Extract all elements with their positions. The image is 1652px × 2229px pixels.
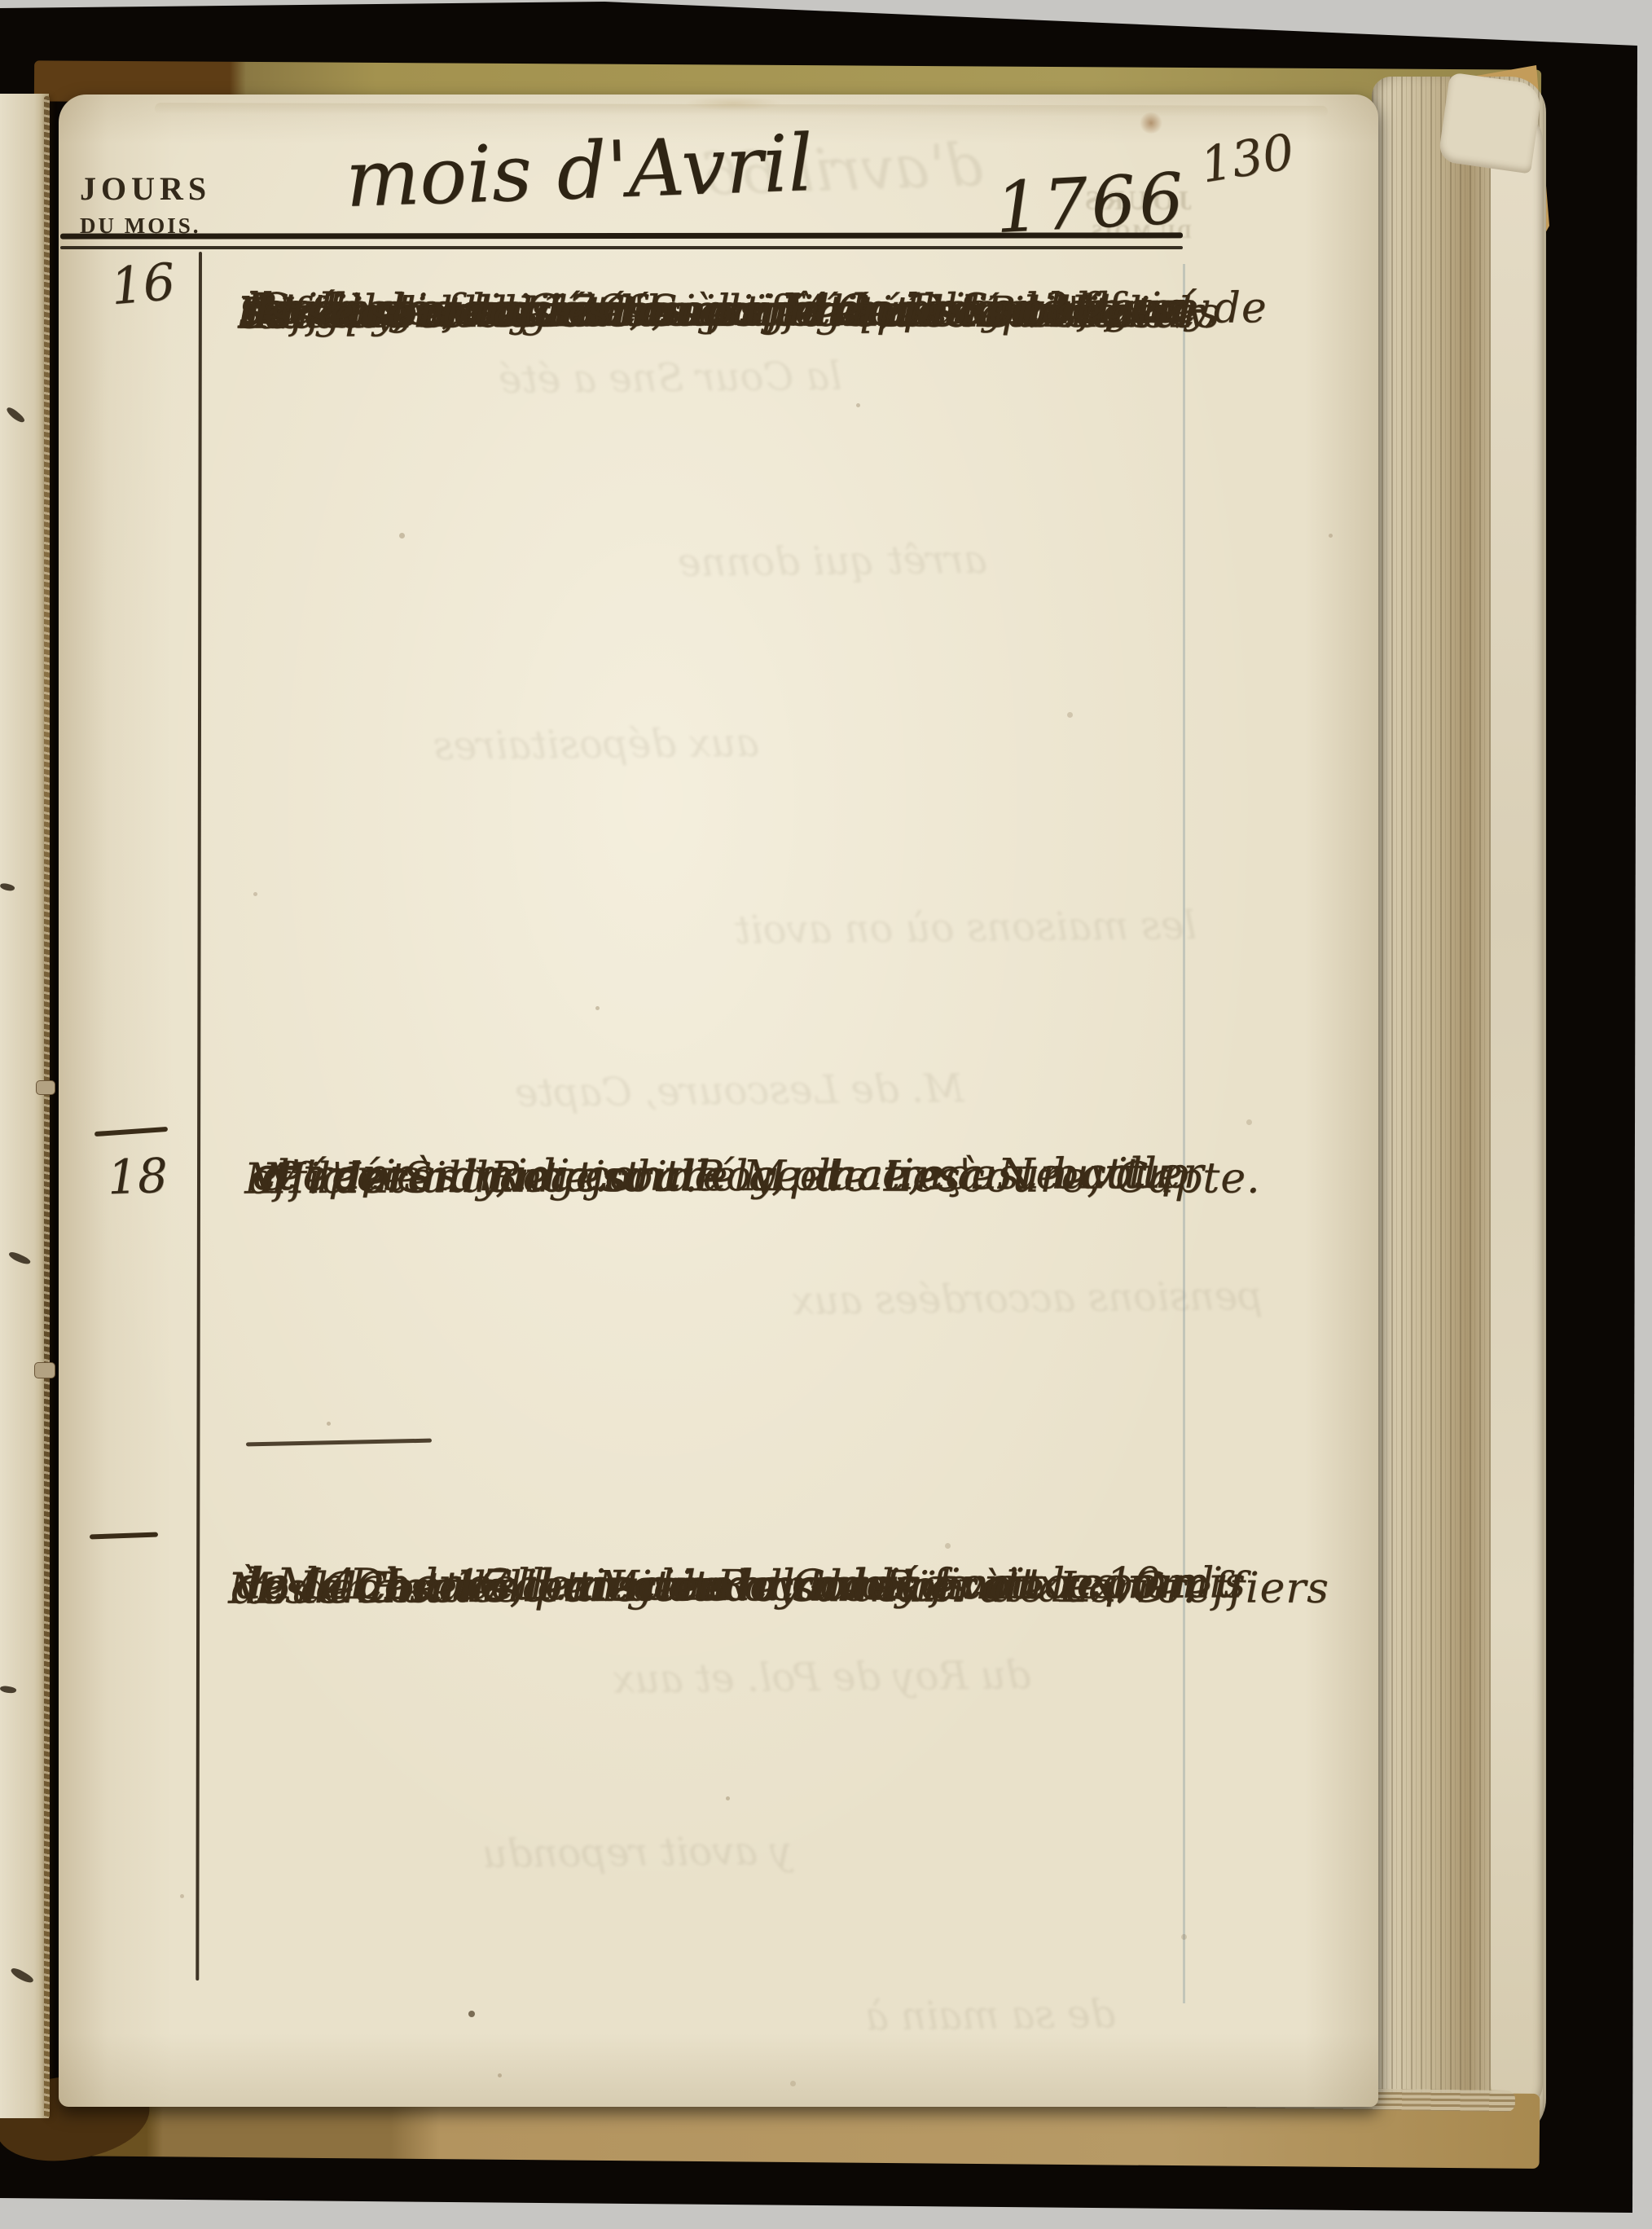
manuscript-line: Ils se sont lainés conduire en prison? <box>238 276 1067 346</box>
bleedthrough-line: M. de Lescoure, Capte <box>515 1066 964 1116</box>
manuscript-line: M. de Beaumont Intendant des finances, e… <box>228 1553 1200 1620</box>
binding-thread <box>44 96 50 2118</box>
printed-jours-label: JOURS <box>80 169 211 208</box>
ink-speck <box>468 2011 475 2017</box>
page-edge-flap <box>1491 114 1543 2110</box>
bleedthrough-line: pensions accordées aux <box>792 1273 1263 1324</box>
binding-thread-knot <box>36 1080 55 1095</box>
bleedthrough-line: la Cour Sne a été <box>499 354 842 402</box>
header-double-rule-top <box>60 232 1183 239</box>
scanned-manuscript-photo: d'avril 66 JOURS DU MOIS. la Cour Sne a … <box>0 0 1652 2229</box>
day-number-16: 16 <box>108 252 178 317</box>
right-margin-rule <box>1183 264 1185 2003</box>
printed-column-header: JOURS DU MOIS. <box>80 169 211 239</box>
manuscript-page: d'avril 66 JOURS DU MOIS. la Cour Sne a … <box>59 95 1378 2107</box>
bleedthrough-line: de sa main à <box>865 1991 1116 2039</box>
page-number: 130 <box>1197 123 1298 194</box>
foxing-stain <box>1139 112 1163 134</box>
day-number-18: 18 <box>107 1148 169 1206</box>
entry-separator-tick <box>94 1127 168 1136</box>
header-double-rule-bottom <box>60 246 1183 249</box>
bleedthrough-line: les maisons où on avoit <box>735 903 1197 953</box>
month-title: mois d'Avril <box>344 117 815 225</box>
facing-page-sliver <box>0 94 49 2118</box>
top-edge-smudge <box>684 96 782 111</box>
strikethrough-mark <box>246 1439 432 1447</box>
bleedthrough-line: du Roy de Pol. et aux <box>613 1652 1031 1702</box>
bleedthrough-line: y avoit repondu <box>482 1828 793 1877</box>
manuscript-line: d'épée. <box>262 1144 423 1210</box>
entry-separator-tick <box>90 1532 158 1540</box>
bleedthrough-line: aux dépositaires <box>433 720 759 769</box>
bleedthrough-line: arrêt qui donne <box>678 537 987 586</box>
paper-speckles <box>59 95 61 97</box>
torn-page-corner <box>1438 73 1543 174</box>
day-column-rule <box>196 252 202 1981</box>
binding-thread-knot <box>34 1362 55 1378</box>
